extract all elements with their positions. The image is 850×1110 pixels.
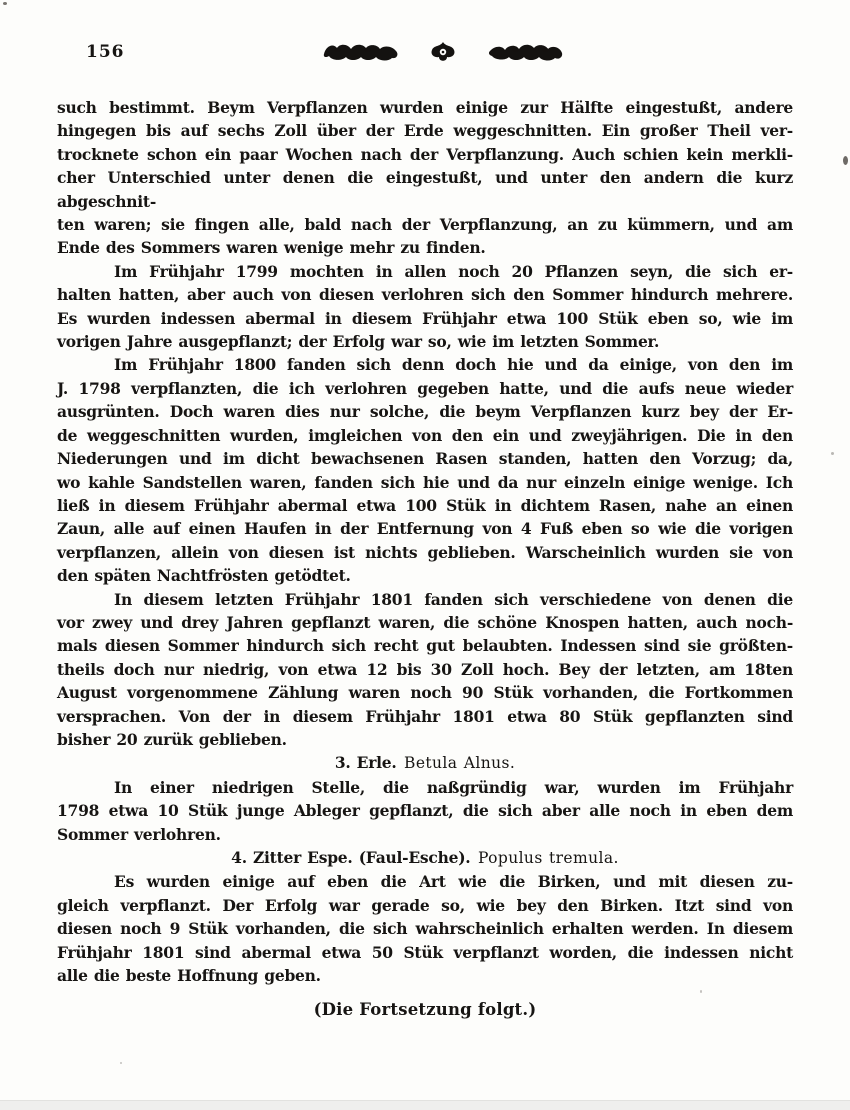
text-line: Niederungen und im dicht bewachsenen Ras…: [57, 447, 793, 470]
text-line: August vorgenommene Zählung waren noch 9…: [57, 681, 793, 704]
text-line: ten waren; sie fingen alle, bald nach de…: [57, 213, 793, 236]
section-heading: 4. Zitter Espe. (Faul-Esche). Populus tr…: [57, 846, 793, 870]
text-line: den späten Nachtfrösten getödtet.: [57, 564, 793, 587]
text-line: In diesem letzten Frühjahr 1801 fanden s…: [57, 588, 793, 611]
scan-speck: [120, 1062, 122, 1064]
heading-number-and-name: 3. Erle.: [335, 753, 397, 772]
text-line: diesen noch 9 Stük vorhanden, die sich w…: [57, 917, 793, 940]
text-line: 1798 etwa 10 Stük junge Ableger gepflanz…: [57, 799, 793, 822]
text-line: Ende des Sommers waren wenige mehr zu fi…: [57, 236, 793, 259]
page-header: 156: [0, 38, 850, 82]
printer-rosette-icon: [428, 40, 458, 66]
text-line: versprachen. Von der in diesem Frühjahr …: [57, 705, 793, 728]
text-line: Frühjahr 1801 sind abermal etwa 50 Stük …: [57, 941, 793, 964]
text-line: J. 1798 verpflanzten, die ich verlohren …: [57, 377, 793, 400]
text-line: theils doch nur niedrig, von etwa 12 bis…: [57, 658, 793, 681]
text-line: In einer niedrigen Stelle, die naßgründi…: [57, 776, 793, 799]
text-line: Es wurden einige auf eben die Art wie di…: [57, 870, 793, 893]
scan-speck: [843, 156, 848, 165]
text-line: ließ in diesem Frühjahr abermal etwa 100…: [57, 494, 793, 517]
printer-flourish-left-icon: [320, 41, 402, 65]
text-line: alle die beste Hoffnung geben.: [57, 964, 793, 987]
text-line: trocknete schon ein paar Wochen nach der…: [57, 143, 793, 166]
text-line: cher Unterschied unter denen die eingest…: [57, 166, 793, 213]
text-line: vor zwey und drey Jahren gepflanzt waren…: [57, 611, 793, 634]
scan-speck: [831, 452, 834, 455]
header-ornament-row: [320, 38, 566, 68]
scan-speck: [3, 2, 7, 5]
text-line: bisher 20 zurük geblieben.: [57, 728, 793, 751]
scan-speck: [700, 990, 702, 993]
page-number: 156: [86, 42, 125, 62]
continuation-note: (Die Fortsetzung folgt.): [0, 1000, 850, 1019]
printer-flourish-right-icon: [484, 41, 566, 65]
text-line: Sommer verlohren.: [57, 823, 793, 846]
text-line: verpflanzen, allein von diesen ist nicht…: [57, 541, 793, 564]
text-line: halten hatten, aber auch von diesen verl…: [57, 283, 793, 306]
text-line: de weggeschnitten wurden, imgleichen von…: [57, 424, 793, 447]
text-line: Es wurden indessen abermal in diesem Frü…: [57, 307, 793, 330]
text-line: mals diesen Sommer hindurch sich recht g…: [57, 634, 793, 657]
text-line: Im Frühjahr 1799 mochten in allen noch 2…: [57, 260, 793, 283]
text-line: wo kahle Sandstellen waren, fanden sich …: [57, 471, 793, 494]
text-line: ausgrünten. Doch waren dies nur solche, …: [57, 400, 793, 423]
text-line: such bestimmt. Beym Verpflanzen wurden e…: [57, 96, 793, 119]
heading-number-and-name: 4. Zitter Espe. (Faul-Esche).: [231, 848, 470, 867]
text-line: Zaun, alle auf einen Haufen in der Entfe…: [57, 517, 793, 540]
text-line: hingegen bis auf sechs Zoll über der Erd…: [57, 119, 793, 142]
scan-bottom-edge-shadow: [0, 1100, 850, 1110]
heading-latin-name: Populus tremula.: [478, 849, 619, 867]
body-text: such bestimmt. Beym Verpflanzen wurden e…: [57, 96, 793, 987]
text-line: vorigen Jahre ausgepflanzt; der Erfolg w…: [57, 330, 793, 353]
section-heading: 3. Erle. Betula Alnus.: [57, 751, 793, 775]
scanned-book-page: 156 such be: [0, 0, 850, 1110]
text-line: gleich verpflanzt. Der Erfolg war gerade…: [57, 894, 793, 917]
text-line: Im Frühjahr 1800 fanden sich denn doch h…: [57, 353, 793, 376]
heading-latin-name: Betula Alnus.: [404, 754, 515, 772]
